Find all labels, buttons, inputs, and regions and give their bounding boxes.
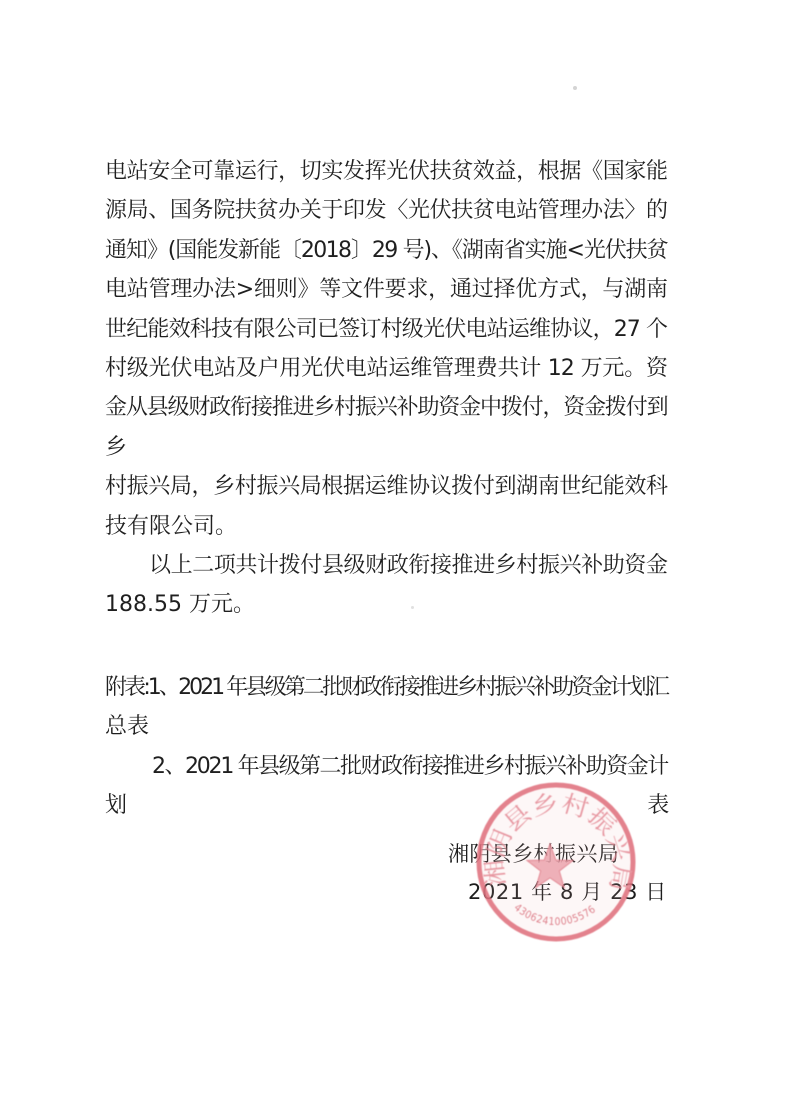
body-line: 世纪能效科技有限公司已签订村级光伏电站运维协议，27 个 [105, 310, 667, 349]
scan-speck [411, 606, 414, 609]
body-text-block: 电站安全可靠运行，切实发挥光伏扶贫效益，根据《国家能 源局、国务院扶贫办关于印发… [105, 152, 667, 625]
signature-date: 2021 年 8 月 23 日 [468, 876, 667, 906]
body-line: 村振兴局，乡村振兴局根据运维协议拨付到湖南世纪能效科 [105, 467, 667, 506]
body-line: 技有限公司。 [105, 507, 667, 546]
body-line: 电站安全可靠运行，切实发挥光伏扶贫效益，根据《国家能 [105, 152, 667, 191]
body-line: 源局、国务院扶贫办关于印发〈光伏扶贫电站管理办法〉的 [105, 191, 667, 230]
attachment-list: 附表:1、2021 年县级第二批财政衔接推进乡村振兴补助资金计划汇 总表 2、2… [105, 668, 667, 826]
attachment-line: 附表:1、2021 年县级第二批财政衔接推进乡村振兴补助资金计划汇 [105, 668, 667, 707]
document-page: 电站安全可靠运行，切实发挥光伏扶贫效益，根据《国家能 源局、国务院扶贫办关于印发… [0, 0, 793, 1118]
body-line: 以上二项共计拨付县级财政衔接推进乡村振兴补助资金 [105, 546, 667, 585]
body-line: 通知》(国能发新能〔2018〕29 号)、《湖南省实施<光伏扶贫 [105, 231, 667, 270]
attachment-line: 总表 [105, 707, 667, 746]
signature-agency: 湘阴县乡村振兴局 [448, 838, 619, 868]
body-line: 村级光伏电站及户用光伏电站运维管理费共计 12 万元。资 [105, 349, 667, 388]
scan-speck [573, 86, 577, 90]
body-line: 金从县级财政衔接推进乡村振兴补助资金中拨付，资金拨付到乡 [105, 388, 667, 467]
attachment-line: 2、2021 年县级第二批财政衔接推进乡村振兴补助资金计划表 [105, 747, 667, 826]
body-line: 电站管理办法>细则》等文件要求，通过择优方式，与湖南 [105, 270, 667, 309]
body-line: 188.55 万元。 [105, 585, 667, 624]
